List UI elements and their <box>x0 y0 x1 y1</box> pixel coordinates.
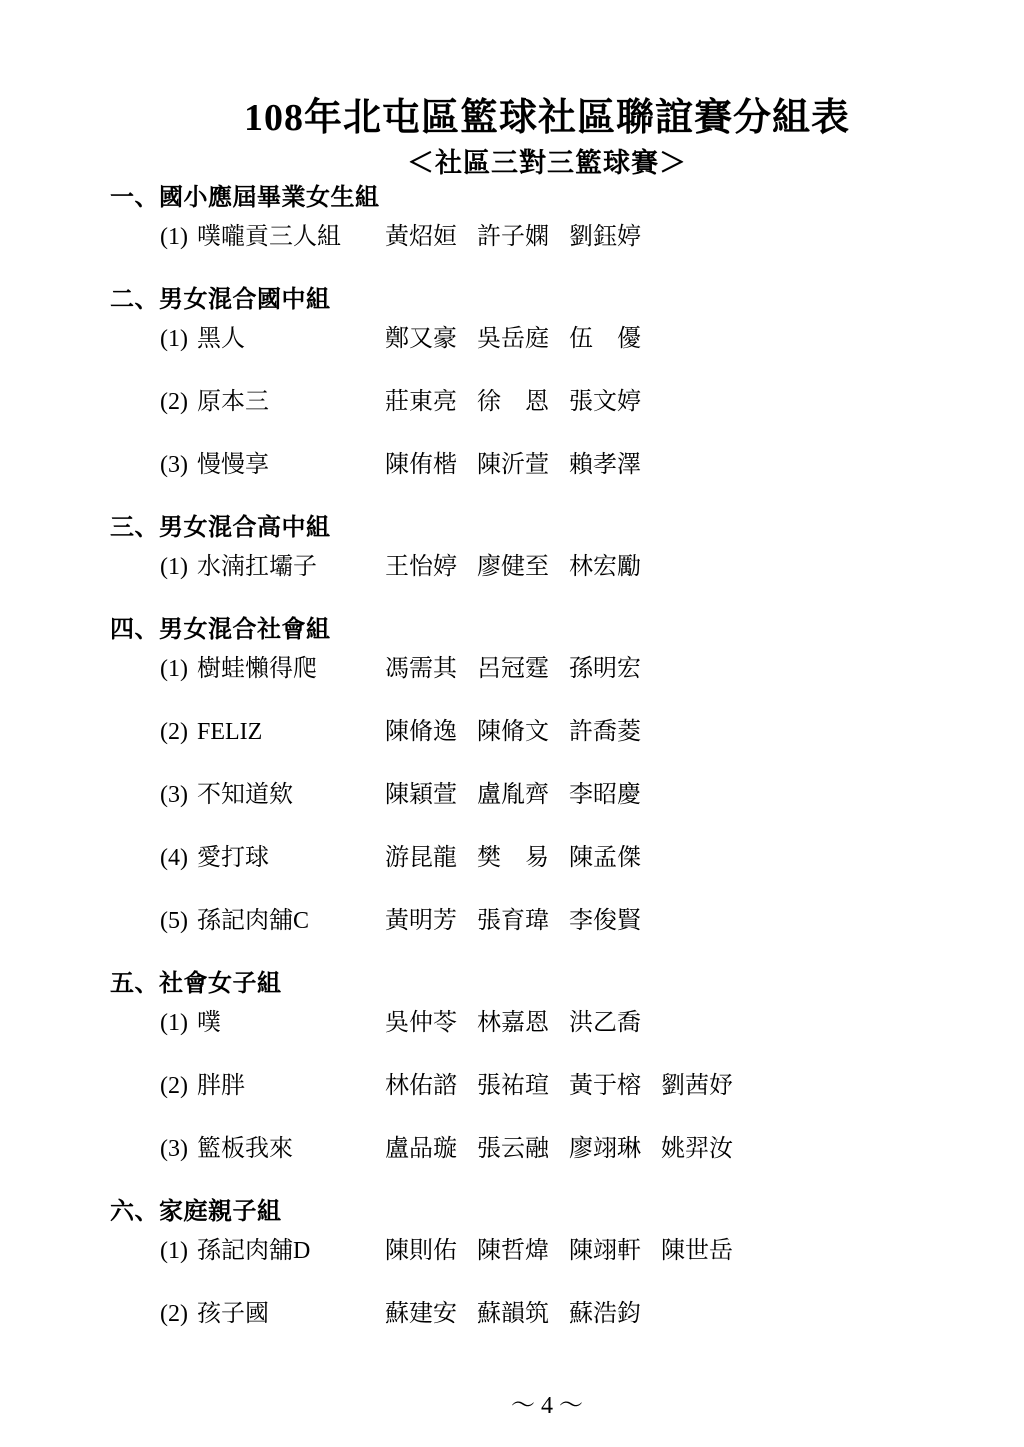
team-members: 鄭又豪吳岳庭伍 優 <box>385 323 661 355</box>
team-row: (4)愛打球 游昆龍樊 易陳孟傑 <box>110 842 984 874</box>
team-members: 林佑諮張祐瑄黃于榕劉茜妤 <box>385 1070 753 1102</box>
team-list: (1)黑人 鄭又豪吳岳庭伍 優 (2)原本三 莊東亮徐 恩張文婷 (3)慢慢享 … <box>110 323 984 481</box>
team-name-cell: (4)愛打球 <box>160 842 385 874</box>
doc-subtitle: ＜社區三對三籃球賽＞ <box>110 144 984 182</box>
member-name: 林宏勵 <box>569 554 641 580</box>
group-section: 三、男女混合高中組 (1)水湳扛壩子 王怡婷廖健至林宏勵 <box>110 512 984 583</box>
member-name: 陳沂萱 <box>477 452 549 478</box>
team-name: 原本三 <box>197 389 269 415</box>
member-name: 張云融 <box>477 1136 549 1162</box>
member-name: 李昭慶 <box>569 782 641 808</box>
member-name: 廖翊琳 <box>569 1136 641 1162</box>
member-name: 許子嫻 <box>477 224 549 250</box>
team-index: (5) <box>160 908 188 934</box>
team-row: (2)FELIZ 陳脩逸陳脩文許喬菱 <box>110 716 984 748</box>
team-row: (1)水湳扛壩子 王怡婷廖健至林宏勵 <box>110 551 984 583</box>
team-name-cell: (1)樹蛙懶得爬 <box>160 653 385 685</box>
team-members: 陳侑楷陳沂萱賴孝澤 <box>385 449 661 481</box>
team-name-cell: (2)胖胖 <box>160 1070 385 1102</box>
team-index: (3) <box>160 452 188 478</box>
member-name: 張育瑋 <box>477 908 549 934</box>
member-name: 廖健至 <box>477 554 549 580</box>
member-name: 黃明芳 <box>385 908 457 934</box>
member-name: 呂冠霆 <box>477 656 549 682</box>
team-row: (1)噗嚨貢三人組 黃炤姮許子嫻劉鈺婷 <box>110 221 984 253</box>
team-index: (3) <box>160 782 188 808</box>
member-name: 陳世岳 <box>661 1238 733 1264</box>
member-name: 徐 恩 <box>477 389 549 415</box>
member-name: 陳翊軒 <box>569 1238 641 1264</box>
team-index: (3) <box>160 1136 188 1162</box>
team-name-cell: (2)原本三 <box>160 386 385 418</box>
team-name: 水湳扛壩子 <box>197 554 317 580</box>
team-members: 黃炤姮許子嫻劉鈺婷 <box>385 221 661 253</box>
member-name: 盧胤齊 <box>477 782 549 808</box>
team-name: 孫記肉舖D <box>197 1238 310 1264</box>
sections-container: 一、國小應屆畢業女生組 (1)噗嚨貢三人組 黃炤姮許子嫻劉鈺婷 二、男女混合國中… <box>110 182 984 1330</box>
team-name-cell: (1)孫記肉舖D <box>160 1235 385 1267</box>
document-header: 108年北屯區籃球社區聯誼賽分組表 ＜社區三對三籃球賽＞ <box>110 92 984 182</box>
team-name: 噗 <box>197 1010 221 1036</box>
team-members: 吳仲苓林嘉恩洪乙喬 <box>385 1007 661 1039</box>
team-row: (1)噗 吳仲苓林嘉恩洪乙喬 <box>110 1007 984 1039</box>
team-index: (1) <box>160 554 188 580</box>
group-heading: 六、家庭親子組 <box>110 1196 984 1228</box>
team-list: (1)孫記肉舖D 陳則佑陳哲煒陳翊軒陳世岳 (2)孩子國 蘇建安蘇韻筑蘇浩鈞 <box>110 1235 984 1330</box>
team-name: 不知道欸 <box>197 782 293 808</box>
team-list: (1)噗嚨貢三人組 黃炤姮許子嫻劉鈺婷 <box>110 221 984 253</box>
member-name: 蘇浩鈞 <box>569 1301 641 1327</box>
team-index: (4) <box>160 845 188 871</box>
team-index: (1) <box>160 326 188 352</box>
member-name: 陳脩文 <box>477 719 549 745</box>
team-index: (1) <box>160 656 188 682</box>
team-name: 胖胖 <box>197 1073 245 1099</box>
member-name: 陳脩逸 <box>385 719 457 745</box>
team-name-cell: (3)慢慢享 <box>160 449 385 481</box>
team-members: 陳脩逸陳脩文許喬菱 <box>385 716 661 748</box>
member-name: 陳孟傑 <box>569 845 641 871</box>
member-name: 游昆龍 <box>385 845 457 871</box>
team-members: 黃明芳張育瑋李俊賢 <box>385 905 661 937</box>
team-row: (3)慢慢享 陳侑楷陳沂萱賴孝澤 <box>110 449 984 481</box>
team-row: (1)黑人 鄭又豪吳岳庭伍 優 <box>110 323 984 355</box>
member-name: 王怡婷 <box>385 554 457 580</box>
group-section: 一、國小應屆畢業女生組 (1)噗嚨貢三人組 黃炤姮許子嫻劉鈺婷 <box>110 182 984 253</box>
member-name: 吳岳庭 <box>477 326 549 352</box>
team-name: 噗嚨貢三人組 <box>197 224 341 250</box>
team-index: (1) <box>160 224 188 250</box>
team-members: 盧品璇張云融廖翊琳姚羿汝 <box>385 1133 753 1165</box>
document-page: 108年北屯區籃球社區聯誼賽分組表 ＜社區三對三籃球賽＞ 一、國小應屆畢業女生組… <box>0 0 1024 1447</box>
member-name: 黃于榕 <box>569 1073 641 1099</box>
member-name: 陳侑楷 <box>385 452 457 478</box>
member-name: 張祐瑄 <box>477 1073 549 1099</box>
team-name: 愛打球 <box>197 845 269 871</box>
team-list: (1)水湳扛壩子 王怡婷廖健至林宏勵 <box>110 551 984 583</box>
member-name: 許喬菱 <box>569 719 641 745</box>
team-index: (2) <box>160 719 188 745</box>
team-list: (1)噗 吳仲苓林嘉恩洪乙喬 (2)胖胖 林佑諮張祐瑄黃于榕劉茜妤 (3)籃板我… <box>110 1007 984 1165</box>
team-name: 孩子國 <box>197 1301 269 1327</box>
member-name: 蘇建安 <box>385 1301 457 1327</box>
member-name: 蘇韻筑 <box>477 1301 549 1327</box>
team-name-cell: (2)FELIZ <box>160 716 385 748</box>
member-name: 李俊賢 <box>569 908 641 934</box>
group-heading: 五、社會女子組 <box>110 968 984 1000</box>
team-list: (1)樹蛙懶得爬 馮需其呂冠霆孫明宏 (2)FELIZ 陳脩逸陳脩文許喬菱 (3… <box>110 653 984 937</box>
team-row: (1)樹蛙懶得爬 馮需其呂冠霆孫明宏 <box>110 653 984 685</box>
team-members: 馮需其呂冠霆孫明宏 <box>385 653 661 685</box>
team-name-cell: (2)孩子國 <box>160 1298 385 1330</box>
team-row: (1)孫記肉舖D 陳則佑陳哲煒陳翊軒陳世岳 <box>110 1235 984 1267</box>
team-members: 陳則佑陳哲煒陳翊軒陳世岳 <box>385 1235 753 1267</box>
team-name: 籃板我來 <box>197 1136 293 1162</box>
member-name: 莊東亮 <box>385 389 457 415</box>
member-name: 盧品璇 <box>385 1136 457 1162</box>
team-name-cell: (1)水湳扛壩子 <box>160 551 385 583</box>
team-members: 陳穎萱盧胤齊李昭慶 <box>385 779 661 811</box>
member-name: 陳則佑 <box>385 1238 457 1264</box>
member-name: 姚羿汝 <box>661 1136 733 1162</box>
team-index: (1) <box>160 1010 188 1036</box>
team-row: (2)胖胖 林佑諮張祐瑄黃于榕劉茜妤 <box>110 1070 984 1102</box>
team-members: 蘇建安蘇韻筑蘇浩鈞 <box>385 1298 661 1330</box>
member-name: 陳穎萱 <box>385 782 457 808</box>
member-name: 鄭又豪 <box>385 326 457 352</box>
team-name-cell: (1)噗 <box>160 1007 385 1039</box>
member-name: 伍 優 <box>569 326 641 352</box>
member-name: 林佑諮 <box>385 1073 457 1099</box>
team-row: (3)籃板我來 盧品璇張云融廖翊琳姚羿汝 <box>110 1133 984 1165</box>
member-name: 劉茜妤 <box>661 1073 733 1099</box>
member-name: 林嘉恩 <box>477 1010 549 1036</box>
member-name: 賴孝澤 <box>569 452 641 478</box>
team-name: 慢慢享 <box>197 452 269 478</box>
group-heading: 一、國小應屆畢業女生組 <box>110 182 984 214</box>
group-section: 五、社會女子組 (1)噗 吳仲苓林嘉恩洪乙喬 (2)胖胖 林佑諮張祐瑄黃于榕劉茜… <box>110 968 984 1165</box>
team-name-cell: (5)孫記肉舖C <box>160 905 385 937</box>
team-name-cell: (3)不知道欸 <box>160 779 385 811</box>
team-row: (2)孩子國 蘇建安蘇韻筑蘇浩鈞 <box>110 1298 984 1330</box>
member-name: 張文婷 <box>569 389 641 415</box>
group-section: 四、男女混合社會組 (1)樹蛙懶得爬 馮需其呂冠霆孫明宏 (2)FELIZ 陳脩… <box>110 614 984 937</box>
page-number: ～ 4 ～ <box>110 1391 984 1421</box>
member-name: 陳哲煒 <box>477 1238 549 1264</box>
member-name: 黃炤姮 <box>385 224 457 250</box>
team-members: 王怡婷廖健至林宏勵 <box>385 551 661 583</box>
team-name: 樹蛙懶得爬 <box>197 656 317 682</box>
member-name: 吳仲苓 <box>385 1010 457 1036</box>
group-heading: 四、男女混合社會組 <box>110 614 984 646</box>
team-index: (2) <box>160 1073 188 1099</box>
team-name-cell: (3)籃板我來 <box>160 1133 385 1165</box>
team-row: (5)孫記肉舖C 黃明芳張育瑋李俊賢 <box>110 905 984 937</box>
group-heading: 二、男女混合國中組 <box>110 284 984 316</box>
team-members: 游昆龍樊 易陳孟傑 <box>385 842 661 874</box>
member-name: 孫明宏 <box>569 656 641 682</box>
doc-title: 108年北屯區籃球社區聯誼賽分組表 <box>110 92 984 144</box>
team-index: (1) <box>160 1238 188 1264</box>
team-name: 黑人 <box>197 326 245 352</box>
group-section: 六、家庭親子組 (1)孫記肉舖D 陳則佑陳哲煒陳翊軒陳世岳 (2)孩子國 蘇建安… <box>110 1196 984 1330</box>
team-index: (2) <box>160 389 188 415</box>
team-name: FELIZ <box>197 719 262 745</box>
member-name: 劉鈺婷 <box>569 224 641 250</box>
team-row: (3)不知道欸 陳穎萱盧胤齊李昭慶 <box>110 779 984 811</box>
team-row: (2)原本三 莊東亮徐 恩張文婷 <box>110 386 984 418</box>
member-name: 洪乙喬 <box>569 1010 641 1036</box>
member-name: 樊 易 <box>477 845 549 871</box>
team-members: 莊東亮徐 恩張文婷 <box>385 386 661 418</box>
group-section: 二、男女混合國中組 (1)黑人 鄭又豪吳岳庭伍 優 (2)原本三 莊東亮徐 恩張… <box>110 284 984 481</box>
group-heading: 三、男女混合高中組 <box>110 512 984 544</box>
team-name-cell: (1)黑人 <box>160 323 385 355</box>
team-name: 孫記肉舖C <box>197 908 309 934</box>
team-index: (2) <box>160 1301 188 1327</box>
member-name: 馮需其 <box>385 656 457 682</box>
team-name-cell: (1)噗嚨貢三人組 <box>160 221 385 253</box>
